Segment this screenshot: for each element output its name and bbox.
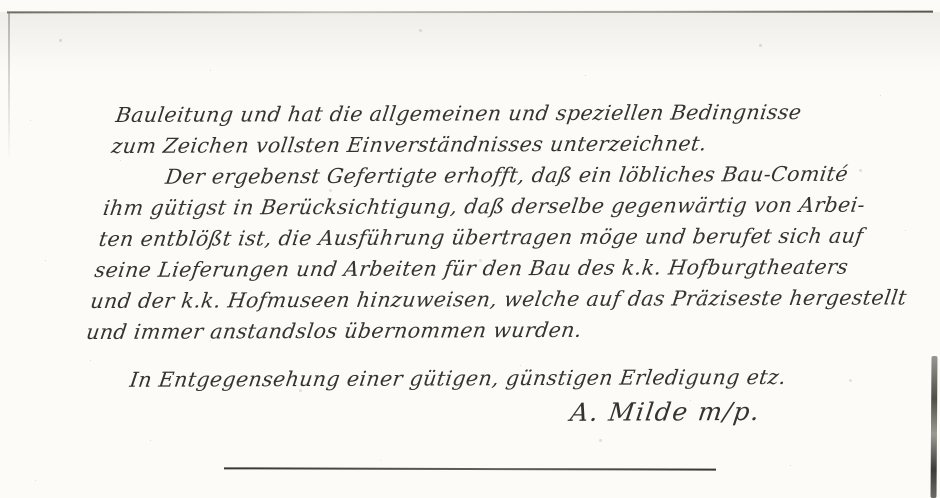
scan-left-edge-line: [8, 12, 10, 162]
handwritten-text-block: Bauleitung und hat die allgemeinen und s…: [73, 97, 913, 430]
handwritten-line: Bauleitung und hat die allgemeinen und s…: [114, 97, 914, 131]
handwritten-line: Der ergebenst Gefertigte erhofft, daß ei…: [105, 159, 905, 193]
paper-speckle-texture: [0, 0, 1, 1]
handwritten-line: ten entblößt ist, die Ausführung übertra…: [97, 221, 897, 255]
scan-top-edge-line: [7, 11, 933, 14]
bottom-horizontal-rule: [224, 467, 716, 470]
handwritten-line: und immer anstandslos übernommen wurden.: [84, 314, 884, 348]
handwritten-line: und der k.k. Hofmuseen hinzuweisen, welc…: [88, 283, 888, 317]
handwritten-line: zum Zeichen vollsten Einverständnisses u…: [110, 128, 910, 162]
scanned-letter-page: Bauleitung und hat die allgemeinen und s…: [0, 0, 940, 498]
closing-line: In Entgegensehung einer gütigen, günstig…: [78, 362, 878, 396]
scanner-top-shading: [0, 12, 940, 72]
signature: A. Milde m/p.: [568, 396, 872, 428]
handwritten-line: ihm gütigst in Berücksichtigung, daß der…: [101, 190, 901, 224]
scan-right-edge-mark: [931, 356, 938, 498]
handwritten-line: seine Lieferungen und Arbeiten für den B…: [93, 252, 893, 286]
